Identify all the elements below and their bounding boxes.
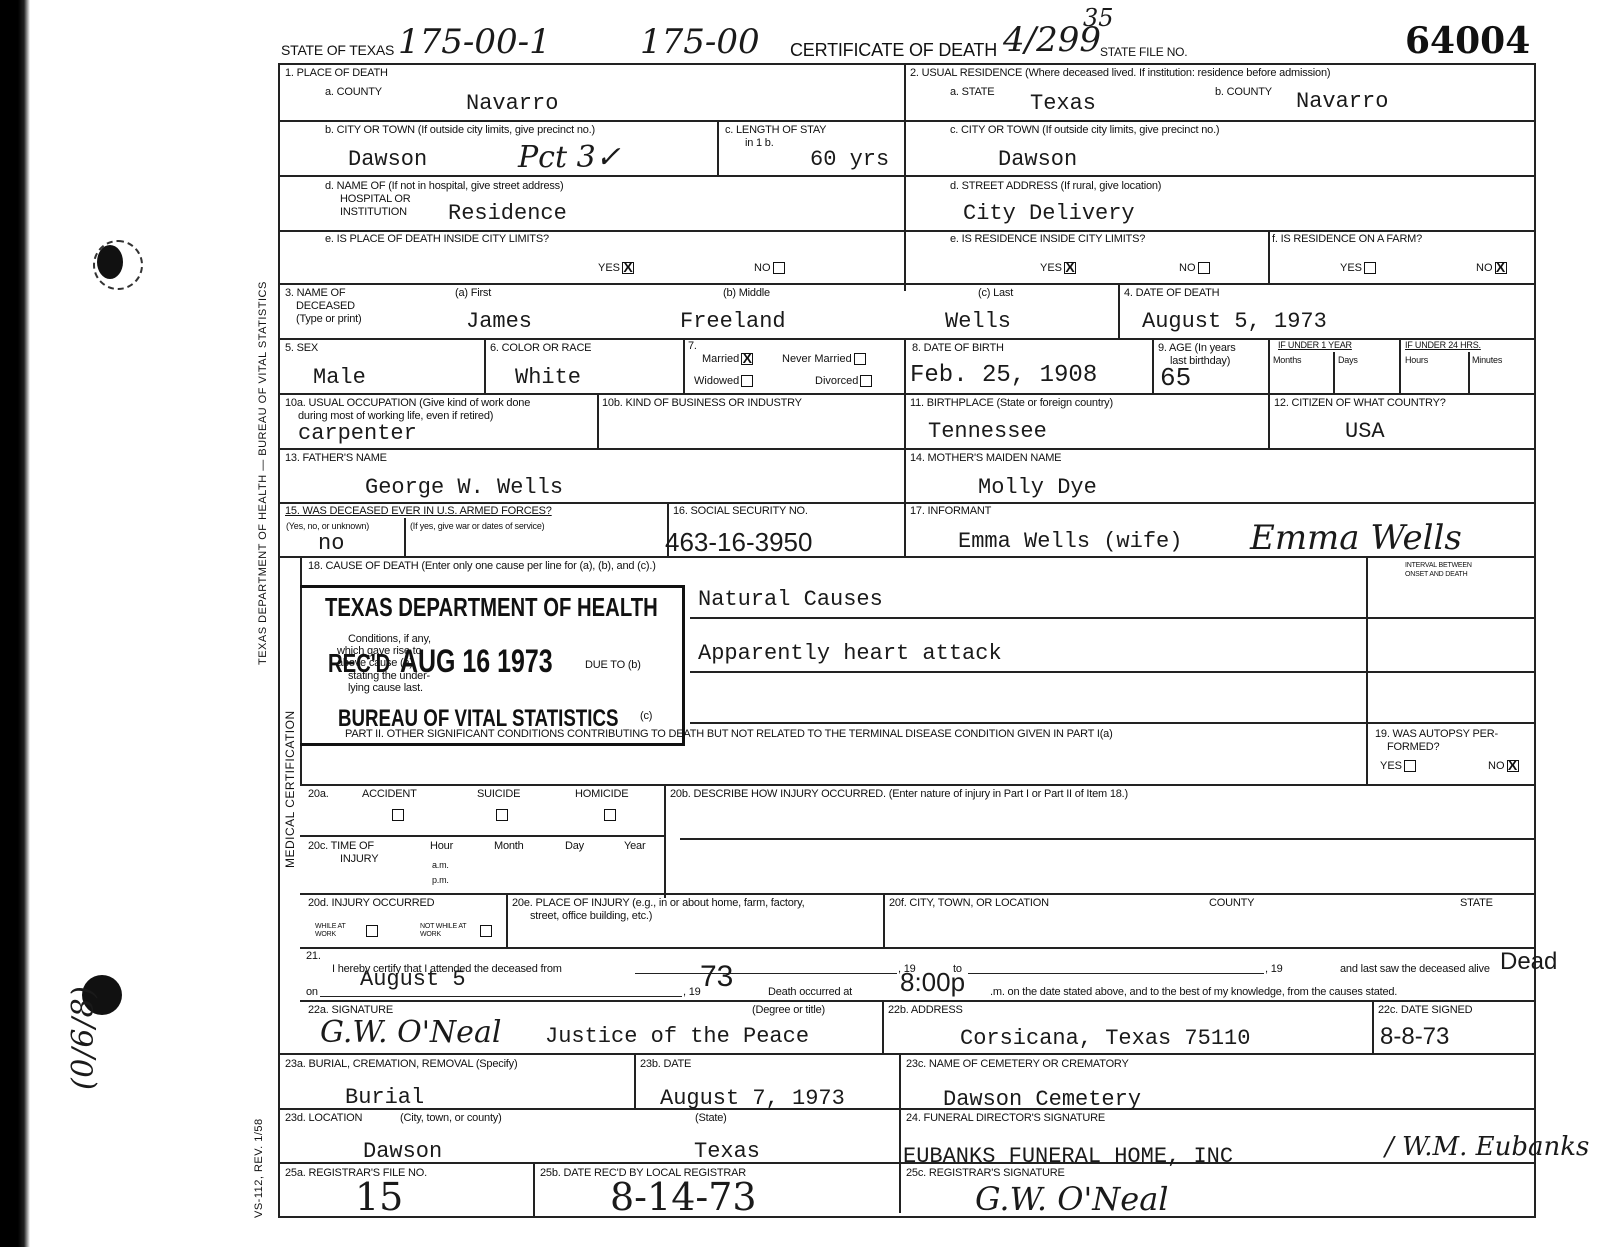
informant-value: Emma Wells (wife) — [958, 530, 1182, 554]
place-of-death-label: 1. PLACE OF DEATH — [285, 67, 388, 79]
row-line — [300, 893, 1536, 895]
street-value: City Delivery — [963, 202, 1135, 226]
year-label: Year — [624, 840, 645, 852]
place-of-injury-label-2: street, office building, etc.) — [530, 910, 652, 922]
residence-county-label: b. COUNTY — [1215, 86, 1272, 98]
yes-label: YES — [1040, 262, 1062, 274]
armed-sub-label-2: (If yes, give war or dates of service) — [410, 521, 544, 531]
age-label: 9. AGE (In years — [1158, 342, 1236, 354]
widowed-label: Widowed — [694, 375, 739, 387]
no-label: NO — [1488, 760, 1505, 772]
name-label: 3. NAME OF — [285, 287, 345, 299]
interval-label-2: ONSET AND DEATH — [1405, 571, 1467, 579]
blank-line — [320, 996, 682, 997]
certifier-signature: G.W. O'Neal — [320, 1015, 501, 1050]
burial-location-label: 23d. LOCATION — [285, 1112, 362, 1124]
months-label: Months — [1273, 355, 1301, 365]
suicide-checkbox[interactable] — [494, 809, 508, 821]
col-line — [533, 1162, 535, 1217]
row-line — [278, 230, 1536, 232]
checkbox[interactable] — [1404, 760, 1416, 772]
certificate-title: CERTIFICATE OF DEATH — [790, 40, 997, 60]
farm-yes[interactable]: YES — [1340, 262, 1376, 274]
death-inside-limits-yes[interactable]: YESX — [598, 262, 634, 274]
col-line — [683, 338, 685, 393]
attended-date-value: August 5 — [360, 968, 466, 992]
pm-label: p.m. — [432, 875, 449, 885]
hours-label: Hours — [1405, 355, 1428, 365]
scan-dark-edge — [0, 0, 30, 1247]
col-line — [484, 338, 486, 393]
date-signed-value: 8-8-73 — [1380, 1025, 1449, 1049]
father-value: George W. Wells — [365, 476, 563, 500]
date-of-death-value: August 5, 1973 — [1142, 310, 1327, 334]
city-label: b. CITY OR TOWN (If outside city limits,… — [325, 124, 595, 136]
divorced-checkbox[interactable]: Divorced — [815, 375, 872, 387]
residence-city-label: c. CITY OR TOWN (If outside city limits,… — [950, 124, 1219, 136]
row-line — [278, 502, 1536, 504]
col-line — [1152, 338, 1154, 393]
usual-residence-label: 2. USUAL RESIDENCE (Where deceased lived… — [910, 67, 1330, 79]
row-line — [300, 1000, 1536, 1002]
place-of-injury-label: 20e. PLACE OF INJURY (e.g., in or about … — [512, 897, 804, 909]
hour-label: Hour — [430, 840, 453, 852]
armed-forces-label: 15. WAS DECEASED EVER IN U.S. ARMED FORC… — [285, 505, 552, 517]
row-line — [278, 175, 1536, 177]
funeral-director-value: EUBANKS FUNERAL HOME, INC — [903, 1145, 1233, 1169]
residence-city-value: Dawson — [998, 148, 1077, 172]
death-county-value: Navarro — [466, 92, 558, 116]
time-of-injury-label-2: INJURY — [340, 853, 378, 865]
occupation-label: 10a. USUAL OCCUPATION (Give kind of work… — [285, 397, 530, 409]
occupation-value: carpenter — [298, 422, 417, 446]
injury-20a-label: 20a. — [308, 788, 329, 800]
mother-label: 14. MOTHER'S MAIDEN NAME — [910, 452, 1061, 464]
stay-sublabel: in 1 b. — [745, 137, 774, 149]
col-line — [1333, 352, 1335, 393]
cause-b-value: Apparently heart attack — [698, 642, 1002, 666]
dead-overlay: Dead — [1500, 950, 1557, 974]
col-line — [634, 1053, 636, 1108]
on-label: on — [306, 986, 318, 998]
no-label: NO — [754, 262, 771, 274]
checkbox[interactable] — [496, 809, 508, 821]
death-time-value: 8:00p — [900, 970, 965, 994]
last-name-value: Wells — [945, 310, 1011, 334]
death-occurred-label: Death occurred at — [768, 986, 852, 998]
checkbox[interactable] — [604, 809, 616, 821]
no-label: NO — [1476, 262, 1493, 274]
residence-state-label: a. STATE — [950, 86, 994, 98]
funeral-director-signature: / W.M. Eubanks — [1385, 1132, 1589, 1162]
birthplace-label: 11. BIRTHPLACE (State or foreign country… — [910, 397, 1113, 409]
burial-method-label: 23a. BURIAL, CREMATION, REMOVAL (Specify… — [285, 1058, 517, 1070]
under-year-label: IF UNDER 1 YEAR — [1278, 340, 1352, 350]
armed-forces-value: no — [318, 532, 344, 556]
ssn-value: 463-16-3950 — [665, 530, 812, 554]
col-line — [1399, 338, 1401, 393]
stay-value: 60 yrs — [810, 148, 889, 172]
street-label: d. STREET ADDRESS (If rural, give locati… — [950, 180, 1161, 192]
checkbox[interactable] — [392, 809, 404, 821]
checkbox[interactable] — [741, 375, 753, 387]
institution-label: d. NAME OF (If not in hospital, give str… — [325, 180, 563, 192]
registrar-file-value: 15 — [355, 1175, 403, 1219]
row-line — [300, 835, 666, 837]
cause-line-c — [690, 722, 1536, 724]
frame-top — [278, 63, 1536, 65]
dob-value: Feb. 25, 1908 — [910, 364, 1097, 388]
first-name-value: James — [466, 310, 532, 334]
death-inside-limits-no[interactable]: NO — [754, 262, 785, 274]
registrar-signature: G.W. O'Neal — [975, 1180, 1169, 1218]
accident-label: ACCIDENT — [362, 788, 417, 800]
day-label: Day — [565, 840, 584, 852]
row-line — [278, 1108, 1536, 1110]
citizen-value: USA — [1345, 420, 1385, 444]
col-line — [1366, 556, 1368, 784]
certification-text-2: .m. on the date stated above, and to the… — [990, 986, 1397, 998]
checkbox-checked[interactable]: X — [1507, 760, 1519, 772]
certification-number: 21. — [306, 950, 321, 962]
checkbox[interactable] — [773, 262, 785, 274]
checkbox[interactable] — [1198, 262, 1210, 274]
mother-value: Molly Dye — [978, 476, 1097, 500]
interval-label: INTERVAL BETWEEN — [1405, 562, 1472, 570]
not-while-at-work-label: NOT WHILE AT WORK — [420, 923, 470, 939]
no-label: NO — [1179, 262, 1196, 274]
col-line — [506, 893, 508, 949]
handwritten-code-2: 175-00 — [640, 22, 760, 62]
row-line — [680, 838, 1536, 840]
last-saw-label: and last saw the deceased alive — [1340, 963, 1490, 975]
checkbox-checked[interactable]: X — [1495, 262, 1507, 274]
residence-inside-limits-yes[interactable]: YESX — [1040, 262, 1076, 274]
department-side-label: TEXAS DEPARTMENT OF HEALTH — BUREAU OF V… — [257, 281, 269, 665]
yes-label: YES — [1380, 760, 1402, 772]
col-line — [883, 893, 885, 949]
burial-location-value: Dawson — [363, 1140, 442, 1164]
last-name-label: (c) Last — [978, 287, 1013, 299]
farm-no[interactable]: NOX — [1476, 262, 1507, 274]
cause-of-death-label: 18. CAUSE OF DEATH (Enter only one cause… — [308, 560, 656, 572]
cemetery-value: Dawson Cemetery — [943, 1088, 1141, 1112]
while-at-work-checkbox[interactable] — [364, 925, 378, 937]
injury-state-label: STATE — [1460, 897, 1493, 909]
burial-state-value: Texas — [694, 1140, 760, 1164]
injury-occurred-label: 20d. INJURY OCCURRED — [308, 897, 434, 909]
under-day-label: IF UNDER 24 HRS. — [1405, 340, 1481, 350]
handwritten-code-1: 175-00-1 — [398, 22, 551, 62]
never-married-checkbox[interactable]: Never Married — [782, 353, 866, 365]
name-label-3: (Type or print) — [296, 313, 361, 325]
precinct-value: Pct 3✓ — [518, 140, 621, 175]
sex-label: 5. SEX — [285, 342, 318, 354]
days-label: Days — [1338, 355, 1358, 365]
institution-label-2: HOSPITAL OR — [340, 193, 411, 205]
col-line — [664, 784, 666, 898]
informant-label: 17. INFORMANT — [910, 505, 991, 517]
county-label: a. COUNTY — [325, 86, 382, 98]
checkbox-checked[interactable]: X — [741, 353, 753, 365]
row-line — [300, 784, 1536, 786]
row-line — [278, 283, 1536, 285]
burial-method-value: Burial — [345, 1086, 424, 1110]
injury-location-label: 20f. CITY, TOWN, OR LOCATION — [889, 897, 1049, 909]
residence-inside-limits-label: e. IS RESIDENCE INSIDE CITY LIMITS? — [950, 233, 1145, 245]
burial-location-sublabel: (City, town, or county) — [400, 1112, 502, 1124]
stamp-department: TEXAS DEPARTMENT OF HEALTH — [325, 592, 658, 623]
armed-sub-label: (Yes, no, or unknown) — [286, 521, 369, 531]
death-city-value: Dawson — [348, 148, 427, 172]
burial-date-label: 23b. DATE — [640, 1058, 691, 1070]
autopsy-label: 19. WAS AUTOPSY PER- — [1375, 728, 1498, 740]
checkbox[interactable] — [480, 925, 492, 937]
date-of-death-label: 4. DATE OF DEATH — [1124, 287, 1219, 299]
date-signed-label: 22c. DATE SIGNED — [1378, 1004, 1472, 1016]
institution-label-3: INSTITUTION — [340, 206, 407, 218]
informant-signature: Emma Wells — [1250, 518, 1462, 558]
blank-line — [968, 973, 1264, 974]
row-line — [278, 120, 1536, 122]
married-label: Married — [702, 353, 739, 365]
burial-date-value: August 7, 1973 — [660, 1087, 845, 1111]
dob-label: 8. DATE OF BIRTH — [912, 342, 1004, 354]
blank-line — [635, 973, 897, 974]
row-line — [278, 448, 1536, 450]
first-name-label: (a) First — [455, 287, 491, 299]
married-checkbox[interactable]: MarriedX — [702, 353, 753, 365]
punch-hole-ring — [93, 240, 143, 290]
institution-value: Residence — [448, 202, 567, 226]
col-line — [899, 1053, 901, 1213]
minutes-label: Minutes — [1472, 355, 1502, 365]
residence-state-value: Texas — [1030, 92, 1096, 116]
never-married-label: Never Married — [782, 353, 852, 365]
col-line — [1372, 1000, 1374, 1055]
residence-county-value: Navarro — [1296, 90, 1388, 114]
cause-a-value: Natural Causes — [698, 588, 883, 612]
stamp-date: AUG 16 1973 — [400, 643, 553, 680]
attended-year-value: 73 — [700, 965, 733, 989]
am-label: a.m. — [432, 860, 449, 870]
autopsy-no[interactable]: NOX — [1488, 760, 1519, 772]
month-label: Month — [494, 840, 524, 852]
row-line — [278, 1216, 1536, 1218]
birthplace-value: Tennessee — [928, 420, 1047, 444]
stay-label: c. LENGTH OF STAY — [725, 124, 826, 136]
state-of-texas-label: STATE OF TEXAS — [281, 44, 394, 56]
checkbox[interactable] — [366, 925, 378, 937]
col-line — [1268, 230, 1270, 283]
row-line — [278, 393, 1536, 395]
yes-label: YES — [1340, 262, 1362, 274]
homicide-label: HOMICIDE — [575, 788, 628, 800]
autopsy-label-2: FORMED? — [1387, 741, 1439, 753]
cause-line-b — [690, 671, 1536, 673]
accident-checkbox[interactable] — [390, 809, 404, 821]
registrar-signature-label: 25c. REGISTRAR'S SIGNATURE — [906, 1167, 1065, 1179]
received-date-value: 8-14-73 — [610, 1175, 757, 1219]
injury-county-label: COUNTY — [1209, 897, 1254, 909]
divorced-label: Divorced — [815, 375, 858, 387]
nineteen-label-2: , 19 — [1265, 963, 1283, 975]
name-label-2: DECEASED — [296, 300, 355, 312]
autopsy-yes[interactable]: YES — [1380, 760, 1416, 772]
col-line — [904, 448, 906, 558]
frame-left — [278, 63, 280, 1218]
time-of-injury-label: 20c. TIME OF — [308, 840, 374, 852]
citizen-label: 12. CITIZEN OF WHAT COUNTRY? — [1274, 397, 1446, 409]
col-line — [1468, 352, 1470, 393]
divider-main — [904, 63, 906, 291]
cause-line-a — [690, 617, 1536, 619]
col-line — [404, 518, 406, 558]
nineteen-label-3: , 19 — [683, 986, 701, 998]
while-at-work-label: WHILE AT WORK — [315, 923, 355, 939]
handwritten-code-4: 35 — [1083, 4, 1114, 32]
address-label: 22b. ADDRESS — [888, 1004, 963, 1016]
yes-label: YES — [598, 262, 620, 274]
stamp-bureau: BUREAU OF VITAL STATISTICS — [338, 705, 618, 733]
sex-value: Male — [313, 366, 366, 390]
state-file-number: 64004 — [1405, 20, 1530, 62]
burial-state-sublabel: (State) — [695, 1112, 727, 1124]
business-label: 10b. KIND OF BUSINESS OR INDUSTRY — [602, 397, 802, 409]
suicide-label: SUICIDE — [477, 788, 520, 800]
farm-label: f. IS RESIDENCE ON A FARM? — [1272, 233, 1422, 245]
residence-inside-limits-no[interactable]: NO — [1179, 262, 1210, 274]
cemetery-label: 23c. NAME OF CEMETERY OR CREMATORY — [906, 1058, 1129, 1070]
checkbox[interactable] — [854, 353, 866, 365]
race-value: White — [515, 366, 581, 390]
homicide-checkbox[interactable] — [602, 809, 616, 821]
row-line — [300, 947, 1536, 949]
age-value: 65 — [1160, 366, 1191, 390]
row-line — [278, 1053, 1536, 1055]
col-line — [882, 1000, 884, 1055]
col-line — [717, 120, 719, 175]
medical-certification-label: MEDICAL CERTIFICATION — [283, 710, 297, 868]
middle-name-value: Freeland — [680, 310, 786, 334]
father-label: 13. FATHER'S NAME — [285, 452, 387, 464]
not-while-at-work-checkbox[interactable] — [478, 925, 492, 937]
middle-name-label: (b) Middle — [723, 287, 770, 299]
form-number: VS-112, REV. 1/58 — [253, 1118, 265, 1218]
stamp-received: REC'D — [328, 648, 390, 679]
marital-label: 7. — [688, 340, 697, 352]
degree-label: (Degree or title) — [752, 1004, 825, 1016]
race-label: 6. COLOR OR RACE — [490, 342, 591, 354]
frame-right — [1534, 63, 1536, 1218]
inside-limits-label: e. IS PLACE OF DEATH INSIDE CITY LIMITS? — [325, 233, 549, 245]
checkbox-checked[interactable]: X — [1064, 262, 1076, 274]
address-value: Corsicana, Texas 75110 — [960, 1027, 1250, 1051]
col-line — [597, 393, 599, 448]
col-line — [1118, 283, 1120, 338]
margin-note: (0/6/8) — [66, 986, 101, 1090]
checkbox[interactable] — [860, 375, 872, 387]
ssn-label: 16. SOCIAL SECURITY NO. — [673, 505, 808, 517]
injury-20b-label: 20b. DESCRIBE HOW INJURY OCCURRED. (Ente… — [670, 788, 1128, 800]
checkbox-checked[interactable]: X — [622, 262, 634, 274]
checkbox[interactable] — [1364, 262, 1376, 274]
funeral-director-label: 24. FUNERAL DIRECTOR'S SIGNATURE — [906, 1112, 1105, 1124]
widowed-checkbox[interactable]: Widowed — [694, 375, 753, 387]
state-file-label: STATE FILE NO. — [1100, 46, 1187, 58]
degree-value: Justice of the Peace — [545, 1025, 809, 1049]
